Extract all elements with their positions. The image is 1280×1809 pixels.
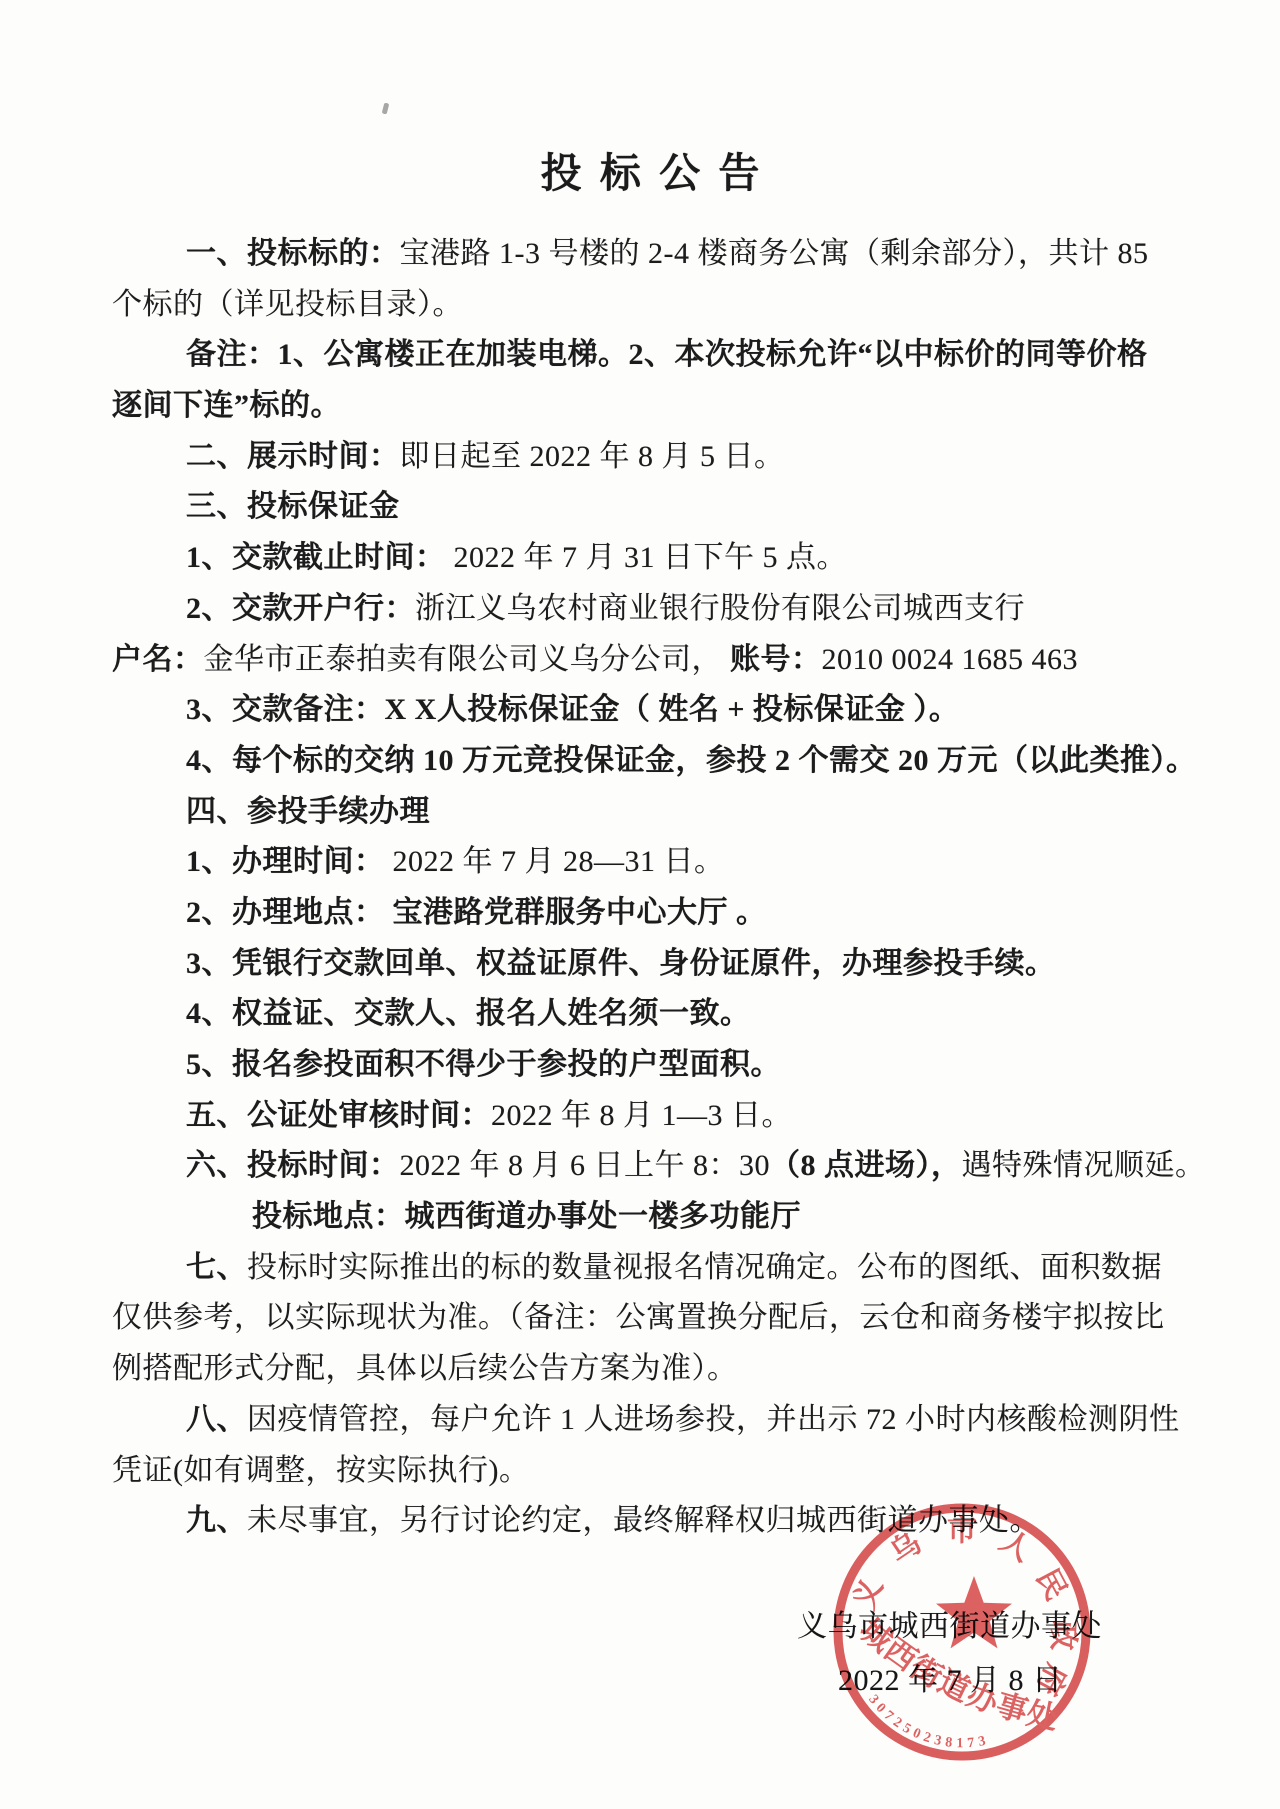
seal-star: [936, 1576, 1012, 1648]
text-line: 六、投标时间：2022 年 8 月 6 日上午 8：30（8 点进场），遇特殊情…: [112, 1141, 1174, 1192]
text-segment: 遇特殊情况顺延。: [962, 1149, 1206, 1182]
text-segment: 2022 年 7 月 28—31 日。: [385, 845, 725, 878]
text-segment: 九、: [186, 1504, 247, 1537]
text-line: 二、展示时间：即日起至 2022 年 8 月 5 日。: [112, 432, 1174, 483]
text-segment: 2022 年 8 月 6 日上午 8：30: [400, 1149, 771, 1182]
text-segment: 4、每个标的交纳 10 万元竞投保证金，参投 2 个需交 20 万元（以此类推）…: [186, 744, 1197, 777]
text-line: 五、公证处审核时间：2022 年 8 月 1—3 日。: [112, 1091, 1174, 1142]
text-segment: 2022 年 7 月 31 日下午 5 点。: [446, 541, 848, 574]
text-segment: 3、凭银行交款回单、权益证原件、身份证原件，办理参投手续。: [186, 947, 1056, 980]
text-segment: 例搭配形式分配，具体以后续公告方案为准）。: [112, 1352, 738, 1385]
text-line: 1、交款截止时间： 2022 年 7 月 31 日下午 5 点。: [112, 533, 1174, 584]
seal-ring-char: 市: [947, 1515, 977, 1548]
text-segment: 5、报名参投面积不得少于参投的户型面积。: [186, 1048, 781, 1081]
text-segment: 2022 年 8 月 1—3 日。: [491, 1099, 792, 1132]
text-segment: 2、交款开户行：: [186, 592, 415, 625]
text-segment: 三、投标保证金: [186, 490, 400, 523]
text-segment: 一、投标标的：: [186, 237, 400, 270]
seal-ring-char: 政: [1046, 1620, 1080, 1651]
text-line: 2、办理地点： 宝港路党群服务中心大厅 。: [112, 888, 1174, 939]
text-line: 仅供参考，以实际现状为准。（备注：公寓置换分配后，云仓和商务楼宇拟按比: [112, 1293, 1174, 1344]
text-segment: 四、参投手续办理: [186, 795, 430, 828]
text-segment: 六、投标时间：: [186, 1149, 400, 1182]
text-segment: 凭证(如有调整，按实际执行)。: [112, 1454, 529, 1487]
text-segment: 1、交款截止时间：: [186, 541, 446, 574]
text-segment: 即日起至 2022 年 8 月 5 日。: [400, 440, 785, 473]
text-segment: 1、办理时间：: [186, 845, 385, 878]
scanned-document-page: 投 标 公 告 一、投标标的：宝港路 1-3 号楼的 2-4 楼商务公寓（剩余部…: [0, 0, 1280, 1809]
official-seal: 义乌市人民政府 城西街道办事处 307250238173: [812, 1482, 1112, 1782]
text-segment: 4、权益证、交款人、报名人姓名须一致。: [186, 997, 751, 1030]
text-line: 个标的（详见投标目录）。: [112, 280, 1174, 331]
text-line: 3、交款备注：X X人投标保证金（ 姓名 + 投标保证金 ）。: [112, 685, 1174, 736]
text-line: 户名：金华市正泰拍卖有限公司义乌分公司， 账号：2010 0024 1685 4…: [112, 635, 1174, 686]
text-segment: 七、: [186, 1251, 247, 1284]
text-segment: 投标时实际推出的标的数量视报名情况确定。公布的图纸、面积数据: [247, 1251, 1162, 1284]
text-line: 投标地点：城西街道办事处一楼多功能厅: [112, 1192, 1174, 1243]
text-line: 1、办理时间： 2022 年 7 月 28—31 日。: [112, 837, 1174, 888]
text-line: 四、参投手续办理: [112, 787, 1174, 838]
text-segment: 因疫情管控，每户允许 1 人进场参投，并出示 72 小时内核酸检测阴性: [247, 1403, 1180, 1436]
text-segment: 浙江义乌农村商业银行股份有限公司城西支行: [415, 592, 1025, 625]
text-segment: 2、办理地点： 宝港路党群服务中心大厅 。: [186, 896, 767, 929]
text-segment: 2010 0024 1685 463: [822, 643, 1079, 676]
text-segment: 投标地点：城西街道办事处一楼多功能厅: [252, 1200, 801, 1233]
text-line: 2、交款开户行：浙江义乌农村商业银行股份有限公司城西支行: [112, 584, 1174, 635]
text-segment: 账号：: [722, 643, 822, 676]
text-line: 三、投标保证金: [112, 482, 1174, 533]
text-segment: （8 点进场），: [770, 1149, 962, 1182]
text-line: 一、投标标的：宝港路 1-3 号楼的 2-4 楼商务公寓（剩余部分），共计 85: [112, 229, 1174, 280]
text-line: 逐间下连”标的。: [112, 381, 1174, 432]
text-segment: 八、: [186, 1403, 247, 1436]
text-segment: 仅供参考，以实际现状为准。（备注：公寓置换分配后，云仓和商务楼宇拟按比: [112, 1301, 1165, 1334]
text-line: 4、每个标的交纳 10 万元竞投保证金，参投 2 个需交 20 万元（以此类推）…: [112, 736, 1174, 787]
text-line: 八、因疫情管控，每户允许 1 人进场参投，并出示 72 小时内核酸检测阴性: [112, 1395, 1174, 1446]
document-body: 一、投标标的：宝港路 1-3 号楼的 2-4 楼商务公寓（剩余部分），共计 85…: [112, 229, 1174, 1547]
text-segment: 五、公证处审核时间：: [186, 1099, 491, 1132]
text-segment: 金华市正泰拍卖有限公司义乌分公司，: [204, 643, 723, 676]
text-segment: 个标的（详见投标目录）。: [112, 288, 463, 321]
text-segment: 二、展示时间：: [186, 440, 400, 473]
text-line: 七、投标时实际推出的标的数量视报名情况确定。公布的图纸、面积数据: [112, 1243, 1174, 1294]
text-segment: 备注：1、公寓楼正在加装电梯。2、本次投标允许“以中标价的同等价格: [186, 338, 1148, 371]
text-line: 例搭配形式分配，具体以后续公告方案为准）。: [112, 1344, 1174, 1395]
document-title: 投 标 公 告: [12, 140, 1280, 199]
text-line: 4、权益证、交款人、报名人姓名须一致。: [112, 989, 1174, 1040]
ink-speck: [382, 103, 390, 115]
text-line: 备注：1、公寓楼正在加装电梯。2、本次投标允许“以中标价的同等价格: [112, 330, 1174, 381]
text-line: 5、报名参投面积不得少于参投的户型面积。: [112, 1040, 1174, 1091]
text-segment: 逐间下连”标的。: [112, 389, 341, 422]
text-line: 3、凭银行交款回单、权益证原件、身份证原件，办理参投手续。: [112, 939, 1174, 990]
text-segment: 宝港路 1-3 号楼的 2-4 楼商务公寓（剩余部分），共计 85: [400, 237, 1149, 270]
text-segment: 户名：: [112, 643, 204, 676]
text-segment: 3、交款备注：X X人投标保证金（ 姓名 + 投标保证金 ）。: [186, 693, 959, 726]
